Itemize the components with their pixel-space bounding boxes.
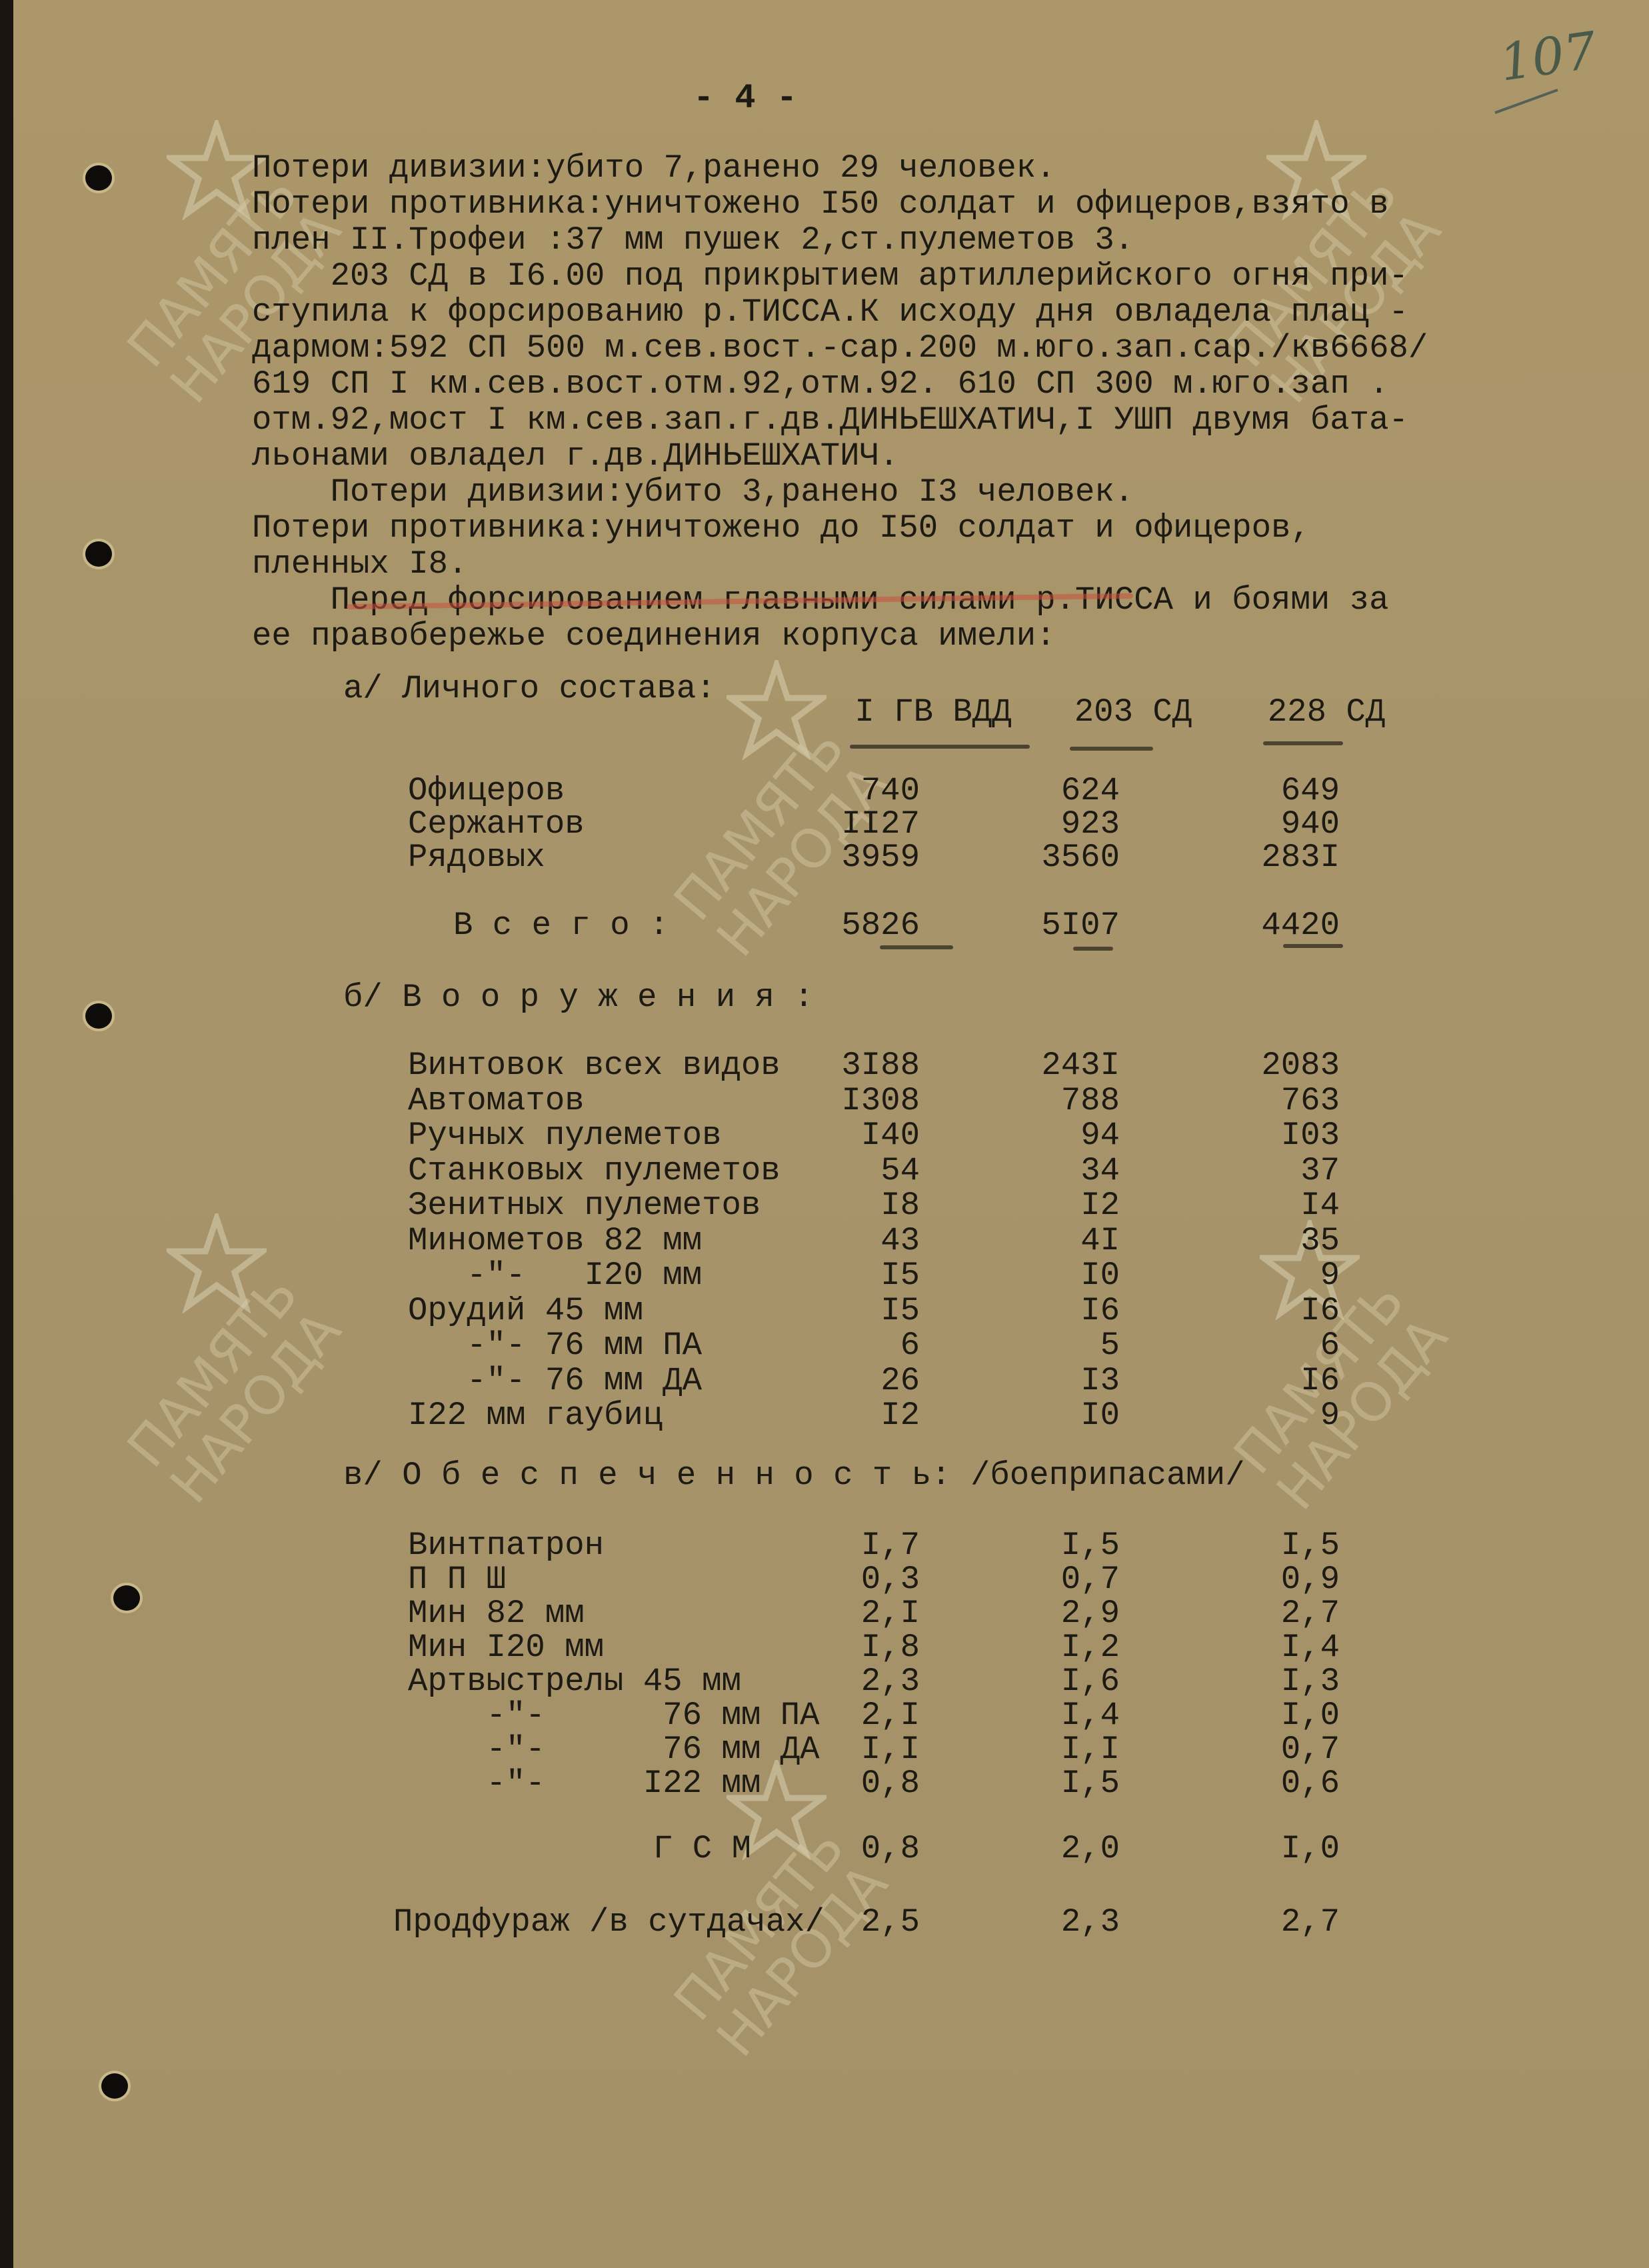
row-label: Винтпатрон (408, 1527, 604, 1564)
cell-value: 6 (747, 1327, 920, 1364)
row-label: Мин I20 мм (408, 1629, 604, 1666)
cell-value: 2,7 (1166, 1595, 1340, 1632)
cell-value: 2,I (747, 1697, 920, 1734)
cell-value: 923 (946, 805, 1120, 843)
cell-value: I,0 (1166, 1830, 1340, 1867)
cell-value: I4 (1166, 1187, 1340, 1224)
cell-value: II27 (747, 805, 920, 843)
text-line: Потери противника:уничтожено I50 солдат … (252, 186, 1585, 222)
cell-value: 2,5 (747, 1903, 920, 1941)
punch-hole (85, 165, 112, 191)
row-label: В с е г о : (453, 907, 669, 944)
cell-value: 3560 (946, 839, 1120, 876)
cell-value: 35 (1166, 1222, 1340, 1259)
cell-value: 740 (747, 772, 920, 809)
cell-value: 2,9 (946, 1595, 1120, 1632)
cell-value: I,5 (1166, 1527, 1340, 1564)
cell-value: 0,9 (1166, 1561, 1340, 1598)
cell-value: I,3 (1166, 1663, 1340, 1700)
cell-value: I,8 (747, 1629, 920, 1666)
cell-value: 9 (1166, 1397, 1340, 1434)
row-label: -"- 76 мм ДА (408, 1362, 702, 1399)
row-label: Рядовых (408, 839, 545, 876)
cell-value: I5 (747, 1292, 920, 1329)
report-body-text: Потери дивизии:убито 7,ранено 29 человек… (252, 150, 1585, 654)
cell-value: I,6 (946, 1663, 1120, 1700)
cell-value: 2,3 (946, 1903, 1120, 1941)
row-label: Орудий 45 мм (408, 1292, 643, 1329)
cell-value: I8 (747, 1187, 920, 1224)
cell-value: I,0 (1166, 1697, 1340, 1734)
cell-value: I6 (946, 1292, 1120, 1329)
cell-value: 243I (946, 1047, 1120, 1084)
cell-value: 2,I (747, 1595, 920, 1632)
row-label: Мин 82 мм (408, 1595, 585, 1632)
row-label: Зенитных пулеметов (408, 1187, 761, 1224)
column-header-228sd: 228 СД (1220, 693, 1433, 731)
cell-value: 3959 (747, 839, 920, 876)
cell-value: 2083 (1166, 1047, 1340, 1084)
cell-value: 0,3 (747, 1561, 920, 1598)
cell-value: I,5 (946, 1527, 1120, 1564)
row-label: -"- I22 мм (408, 1765, 761, 1802)
text-line: дармом:592 СП 500 м.сев.вост.-сар.200 м.… (252, 330, 1585, 366)
cell-value: I40 (747, 1117, 920, 1154)
cell-value: 26 (747, 1362, 920, 1399)
section-c-title: в/ О б е с п е ч е н н о с т ь: /боеприп… (343, 1457, 1245, 1494)
cell-value: 94 (946, 1117, 1120, 1154)
row-label: Ручных пулеметов (408, 1117, 721, 1154)
cell-value: 5I07 (946, 907, 1120, 944)
cell-value: 43 (747, 1222, 920, 1259)
text-line: плен II.Трофеи :37 мм пушек 2,ст.пулемет… (252, 222, 1585, 258)
cell-value: 0,8 (747, 1830, 920, 1867)
cell-value: 6 (1166, 1327, 1340, 1364)
cell-value: 788 (946, 1082, 1120, 1119)
text-line: отм.92,мост I км.сев.зап.г.дв.ДИНЬЕШХАТИ… (252, 402, 1585, 438)
cell-value: I0 (946, 1397, 1120, 1434)
cell-value: 0,7 (1166, 1731, 1340, 1768)
text-line: ее правобережье соединения корпуса имели… (252, 618, 1585, 654)
cell-value: I03 (1166, 1117, 1340, 1154)
row-label: Г С М (653, 1830, 751, 1867)
row-label: Офицеров (408, 772, 565, 809)
text-line: Потери дивизии:убито 7,ранено 29 человек… (252, 150, 1585, 186)
cell-value: 4I (946, 1222, 1120, 1259)
column-header-203sd: 203 СД (1026, 693, 1240, 731)
cell-value: 54 (747, 1152, 920, 1189)
cell-value: 4420 (1166, 907, 1340, 944)
cell-value: I,I (946, 1731, 1120, 1768)
text-line: пленных I8. (252, 546, 1585, 582)
cell-value: I,4 (946, 1697, 1120, 1734)
cell-value: 2,0 (946, 1830, 1120, 1867)
row-label: П П Ш (408, 1561, 506, 1598)
punch-hole (113, 1585, 140, 1611)
binding-edge (0, 0, 15, 2268)
cell-value: 5 (946, 1327, 1120, 1364)
handwritten-underline (880, 945, 953, 949)
row-label: Автоматов (408, 1082, 585, 1119)
cell-value: 624 (946, 772, 1120, 809)
cell-value: 5826 (747, 907, 920, 944)
cell-value: I,I (747, 1731, 920, 1768)
cell-value: 649 (1166, 772, 1340, 809)
page-number: - 4 - (693, 79, 797, 118)
text-line: 619 СП I км.сев.вост.отм.92,отм.92. 610 … (252, 366, 1585, 402)
handwritten-underline (1283, 944, 1343, 948)
cell-value: I,5 (946, 1765, 1120, 1802)
cell-value: I0 (946, 1257, 1120, 1294)
punch-hole (85, 1003, 112, 1029)
text-line: льонами овладел г.дв.ДИНЬЕШХАТИЧ. (252, 438, 1585, 474)
cell-value: 37 (1166, 1152, 1340, 1189)
row-label: -"- I20 мм (408, 1257, 702, 1294)
cell-value: 940 (1166, 805, 1340, 843)
handwritten-underline (1070, 747, 1153, 751)
cell-value: I3 (946, 1362, 1120, 1399)
row-label: Артвыстрелы 45 мм (408, 1663, 741, 1700)
cell-value: I,2 (946, 1629, 1120, 1666)
cell-value: I6 (1166, 1362, 1340, 1399)
cell-value: 34 (946, 1152, 1120, 1189)
cell-value: 2,3 (747, 1663, 920, 1700)
cell-value: 9 (1166, 1257, 1340, 1294)
row-label: I22 мм гаубиц (408, 1397, 663, 1434)
cell-value: 0,7 (946, 1561, 1120, 1598)
row-label: Винтовок всех видов (408, 1047, 781, 1084)
text-line: Потери противника:уничтожено до I50 солд… (252, 510, 1585, 546)
cell-value: I,4 (1166, 1629, 1340, 1666)
cell-value: I2 (747, 1397, 920, 1434)
punch-hole (101, 2073, 128, 2099)
cell-value: I308 (747, 1082, 920, 1119)
cell-value: I2 (946, 1187, 1120, 1224)
handwritten-underline (850, 745, 1030, 749)
cell-value: I,7 (747, 1527, 920, 1564)
text-line: ступила к форсированию р.ТИССА.К исходу … (252, 294, 1585, 330)
row-label: Сержантов (408, 805, 585, 843)
text-line: Потери дивизии:убито 3,ранено I3 человек… (252, 474, 1585, 510)
cell-value: 763 (1166, 1082, 1340, 1119)
handwritten-underline (1073, 947, 1113, 951)
cell-value: 3I88 (747, 1047, 920, 1084)
row-label: Станковых пулеметов (408, 1152, 781, 1189)
cell-value: 0,6 (1166, 1765, 1340, 1802)
cell-value: 283I (1166, 839, 1340, 876)
row-label: Минометов 82 мм (408, 1222, 702, 1259)
section-a-title: а/ Личного состава: (343, 670, 716, 707)
punch-hole (85, 541, 112, 567)
section-b-title: б/ В о о р у ж е н и я : (343, 979, 814, 1016)
text-line: 203 СД в I6.00 под прикрытием артиллерий… (252, 258, 1585, 294)
cell-value: 0,8 (747, 1765, 920, 1802)
cell-value: I6 (1166, 1292, 1340, 1329)
handwritten-underline (1263, 741, 1343, 745)
cell-value: 2,7 (1166, 1903, 1340, 1941)
column-header-1gvvdd: I ГВ ВДД (826, 693, 1040, 731)
cell-value: I5 (747, 1257, 920, 1294)
row-label: -"- 76 мм ПА (408, 1327, 702, 1364)
